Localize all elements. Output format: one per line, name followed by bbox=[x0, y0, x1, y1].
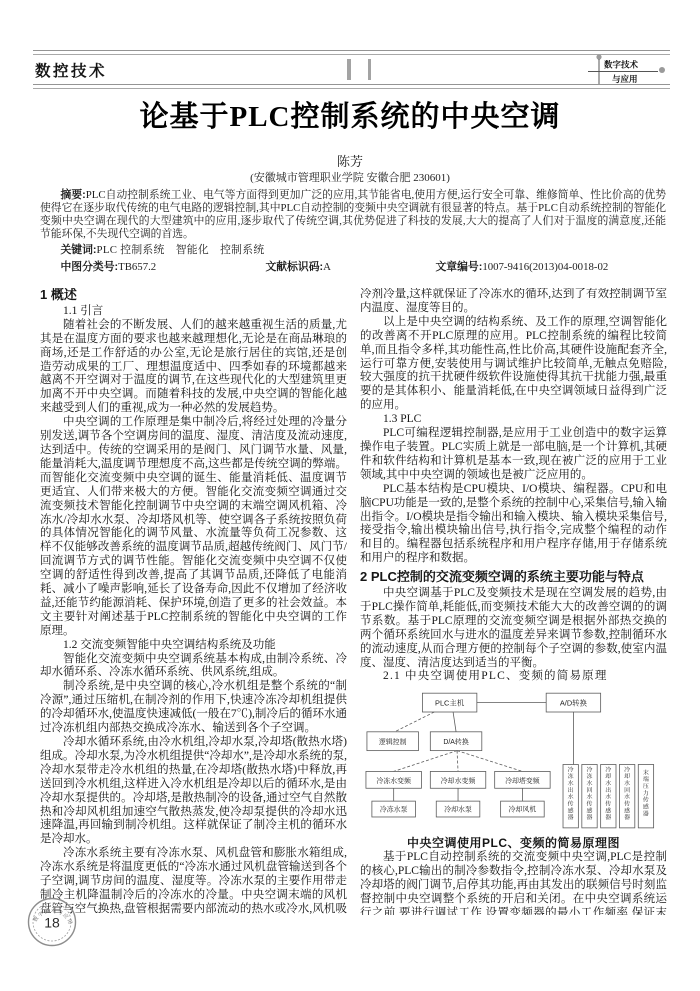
subsection-heading-1-2: 1.2 交流变频智能中央空调结构系统及功能 bbox=[40, 639, 347, 653]
column-section-title: 数控技术 bbox=[33, 59, 107, 81]
journal-logo: 数字技术 与应用 bbox=[586, 53, 670, 91]
abstract-text: PLC自动控制系统工业、电气等方面得到更加广泛的应用,其节能省电,使用方便,运行… bbox=[40, 189, 666, 240]
header-bottom-rule bbox=[33, 84, 670, 89]
diagram-sensor-chilled-return: 冷冻水回水传感器 bbox=[586, 766, 593, 822]
page-title: 论基于PLC控制系统的中央空调 bbox=[0, 94, 700, 135]
diagram-box-chilled-vfd: 冷冻水变频 bbox=[376, 776, 411, 785]
paragraph: 智能化交流变频中央空调系统基本构成,由制冷系统、冷却水循环系、冷冻水循环系统、供… bbox=[40, 653, 347, 681]
diagram-box-tower-vfd: 冷却塔变频 bbox=[505, 776, 540, 785]
paragraph: 中央空调的工作原理是集中制冷后,将经过处理的冷量分别发送,调节各个空调房间的温度… bbox=[40, 416, 347, 639]
logo-dot-icon bbox=[596, 54, 601, 59]
author-name: 陈芳 bbox=[0, 151, 700, 170]
diagram-sensor-cooling-return: 冷却水回水传感器 bbox=[624, 766, 630, 822]
paragraph: 制冷系统,是中央空调的核心,冷水机组是整个系统的“制冷源”,通过压缩机,在制冷剂… bbox=[40, 680, 347, 736]
keywords-label: 关键词: bbox=[61, 244, 97, 256]
keywords-text: PLC 控制系统 智能化 控制系统 bbox=[97, 244, 265, 256]
diagram-box-cooling-vfd: 冷却水变频 bbox=[441, 776, 476, 785]
subsection-heading-1-3: 1.3 PLC bbox=[360, 413, 667, 427]
paragraph: 冷冻水系统主要有冷冻水泵、风机盘管和膨胀水箱组成,冷冻水系统是将温度更低的“冷冻… bbox=[40, 847, 347, 915]
keywords-line: 关键词:PLC 控制系统 智能化 控制系统 bbox=[40, 244, 666, 257]
page-header: 数控技术 数字技术 与应用 bbox=[33, 50, 670, 89]
left-column: 1 概述 1.1 引言 随着社会的不断发展、人们的越来越重视生活的质量,尤其是在… bbox=[40, 288, 347, 915]
abstract-label: 摘要: bbox=[61, 189, 86, 201]
subsection-heading-1-1: 1.1 引言 bbox=[40, 305, 347, 319]
plc-schematic-figure: PLC主机 A/D转换 逻辑控制 D/A转换 冷冻水变频 冷却水变频 冷却塔变频… bbox=[360, 690, 667, 837]
diagram-box-chilled-pump: 冷冻水泵 bbox=[380, 805, 408, 814]
diagram-box-cooling-fan: 冷却风机 bbox=[509, 805, 537, 814]
diagram-sensor-chilled-out: 冷冻水出水传感器 bbox=[568, 766, 575, 822]
paragraph: 随着社会的不断发展、人们的越来越重视生活的质量,尤其是在温度方面的要求也越来越理… bbox=[40, 319, 347, 416]
paragraph: 冷却水循环系统,由冷水机组,冷却水泵,冷却塔(散热水塔)组成。冷却水泵,为冷水机… bbox=[40, 736, 347, 847]
logo-dot-icon bbox=[659, 67, 665, 73]
page-number: 18 bbox=[44, 915, 60, 931]
subsection-heading-2-1: 2.1 中央空调使用PLC、变频的简易原理 bbox=[360, 670, 667, 684]
logo-text-line2: 与应用 bbox=[612, 74, 638, 84]
diagram-sensor-end-pressure: 末端压力传感器 bbox=[643, 769, 649, 818]
clc-item: 中图分类号:TB657.2 bbox=[61, 261, 266, 274]
diagram-sensor-cooling-out: 冷却水出水传感器 bbox=[605, 766, 611, 822]
section-heading-1: 1 概述 bbox=[40, 288, 347, 302]
right-column: 冷剂冷量,这样就保证了冷冻水的循环,达到了有效控制调节室内温度、湿度等目的。 以… bbox=[360, 288, 667, 915]
paragraph: PLC可编程逻辑控制器,是应用于工业创造中的数字运算操作电子装置。PLC实质上就… bbox=[360, 427, 667, 483]
figure-caption: 中央空调使用PLC、变频的简易原理图 bbox=[360, 837, 667, 851]
diagram-box-logic-control: 逻辑控制 bbox=[379, 738, 407, 747]
author-affiliation: (安徽城市管理职业学院 安徽合肥 230601) bbox=[0, 169, 700, 185]
article-id-item: 文章编号:1007-9416(2013)04-0018-02 bbox=[436, 261, 609, 274]
section-heading-2: 2 PLC控制的交流变频空调的系统主要功能与特点 bbox=[360, 570, 667, 584]
article-meta: 摘要:PLC自动控制系统工业、电气等方面得到更加广泛的应用,其节能省电,使用方便… bbox=[40, 189, 666, 275]
abstract-paragraph: 摘要:PLC自动控制系统工业、电气等方面得到更加广泛的应用,其节能省电,使用方便… bbox=[40, 189, 666, 241]
diagram-box-cooling-pump: 冷却水泵 bbox=[444, 805, 472, 814]
paragraph: 基于PLC自动控制系统的交流变频中央空调,PLC是控制的核心,PLC输出的制冷参… bbox=[360, 851, 667, 915]
body-columns: 1 概述 1.1 引言 随着社会的不断发展、人们的越来越重视生活的质量,尤其是在… bbox=[40, 288, 668, 915]
logo-text-line1: 数字技术 bbox=[604, 60, 639, 70]
diagram-box-plc-host: PLC主机 bbox=[435, 698, 465, 708]
paragraph: 中央空调基于PLC及变频技术是现在空调发展的趋势,由于PLC操作简单,耗能低,而… bbox=[360, 587, 667, 670]
diagram-box-ad-converter: A/D转换 bbox=[560, 698, 588, 708]
doc-code-item: 文献标识码:A bbox=[266, 261, 436, 274]
paragraph: 冷剂冷量,这样就保证了冷冻水的循环,达到了有效控制调节室内温度、湿度等目的。 bbox=[360, 288, 667, 316]
diagram-box-da-converter: D/A转换 bbox=[443, 738, 468, 747]
header-divider-bars-icon bbox=[347, 59, 371, 80]
page-number-stamp: 数字技术与应用 18 bbox=[26, 896, 78, 948]
classification-line: 中图分类号:TB657.2 文献标识码:A 文章编号:1007-9416(201… bbox=[40, 261, 666, 274]
paragraph: 以上是中央空调的结构系统、及工作的原理,空调智能化的改善离不开PLC原理的应用。… bbox=[360, 316, 667, 413]
paragraph: PLC基本结构是CPU模块、I/O模块、编程器。CPU和电脑CPU功能是一致的,… bbox=[360, 483, 667, 566]
